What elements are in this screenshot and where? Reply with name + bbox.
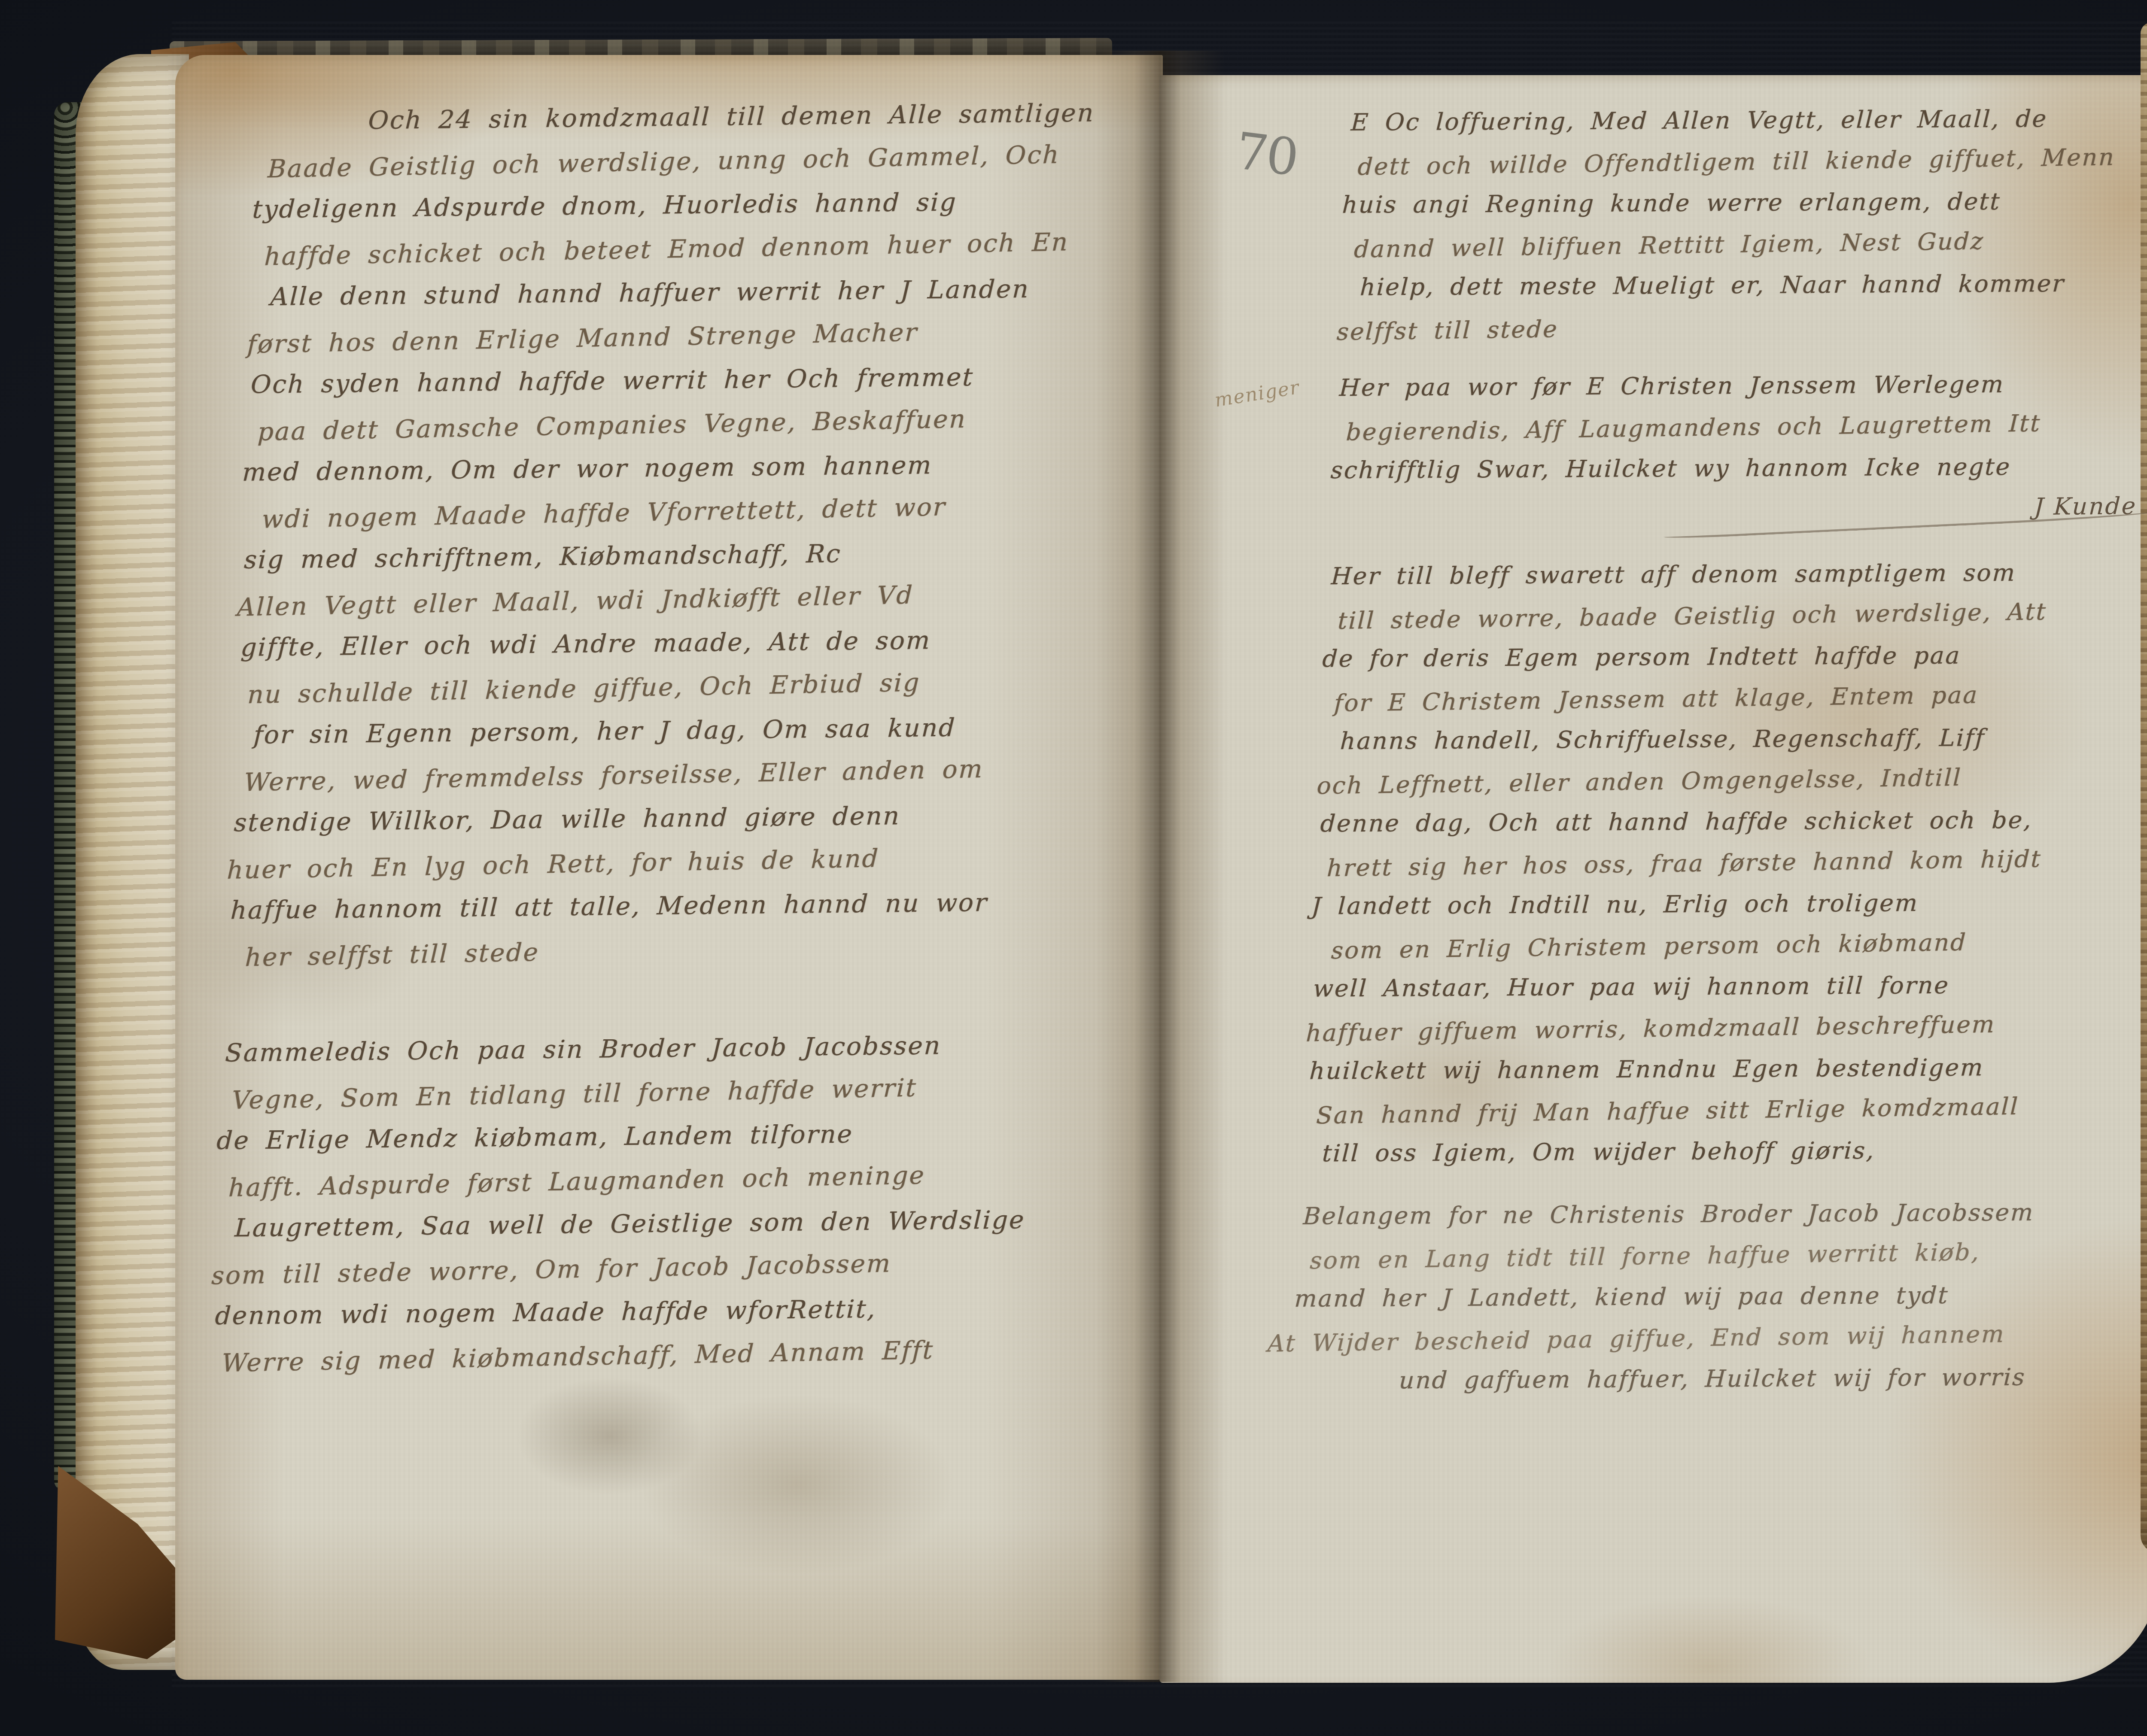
manuscript-line: till oss Igiem, Om wijder behoff giøris, (1321, 1128, 2147, 1174)
manuscript-line: till stede worre, baade Geistlig och wer… (1337, 589, 2147, 641)
photo-background: 70 meniger Och 24 sin komdzmaall till de… (0, 0, 2147, 1736)
manuscript-line: well Anstaar, Huor paa wij hannom till f… (1312, 963, 2147, 1009)
manuscript-line: for E Christem Jenssem att klage, Entem … (1333, 671, 2147, 724)
right-paragraph-3: Her till bleff swarett aff denom samptli… (1305, 549, 2147, 1175)
right-paragraph-4: Belangem for ne Christenis Broder Jacob … (1295, 1190, 2147, 1403)
right-paragraph-2-closing: J Kunde (1333, 485, 2147, 533)
manuscript-line: J landett och Indtill nu, Erlig och trol… (1311, 881, 2147, 927)
manuscript-line: Her till bleff swarett aff denom samptli… (1330, 551, 2147, 597)
manuscript-line: och Leffnett, eller anden Omgengelsse, I… (1316, 754, 2147, 806)
manuscript-line: selffst till stede (1336, 300, 2147, 352)
manuscript-line: haffuer giffuem worris, komdzmaall besch… (1305, 1001, 2147, 1053)
page-number: 70 (1233, 124, 1300, 185)
manuscript-line: dannd well bliffuen Rettitt Igiem, Nest … (1353, 217, 2147, 270)
manuscript-line: hielp, dett meste Mueligt er, Naar hannd… (1359, 262, 2147, 307)
manuscript-line: huilckett wij hannem Enndnu Egen bestend… (1308, 1046, 2147, 1092)
right-paragraph-2: Her paa wor før E Christen Jenssem Werle… (1335, 361, 2147, 492)
right-page-text: E Oc loffuering, Med Allen Vegtt, eller … (1295, 96, 2147, 1403)
manuscript-line: schrifftlig Swar, Huilcket wy hannom Ick… (1330, 445, 2147, 491)
left-paragraph-1: Och 24 sin komdzmaall till demen Alle sa… (228, 88, 1172, 977)
manuscript-line: dett och willde Offendtligem till kiende… (1357, 135, 2147, 187)
manuscript-line: hrett sig her hos oss, fraa første hannd… (1326, 836, 2147, 889)
manuscript-line: som en Lang tidt till forne haffue werri… (1309, 1229, 2147, 1281)
manuscript-line: E Oc loffuering, Med Allen Vegtt, eller … (1350, 97, 2147, 143)
manuscript-line: mand her J Landett, kiend wij paa denne … (1293, 1273, 2147, 1319)
left-page-edge-stack (76, 54, 189, 1670)
manuscript-line: hanns handell, Schriffuelsse, Regenschaf… (1339, 716, 2147, 762)
manuscript-line: Belangem for ne Christenis Broder Jacob … (1302, 1191, 2147, 1237)
left-page-text: Och 24 sin komdzmaall till demen Alle sa… (213, 88, 1172, 1383)
manuscript-line: de for deris Egem persom Indtett haffde … (1321, 634, 2147, 680)
manuscript-line: San hannd frij Man haffue sitt Erlige ko… (1315, 1083, 2147, 1136)
manuscript-line: som en Erlig Christem persom och kiøbman… (1330, 919, 2147, 971)
right-paragraph-1: E Oc loffuering, Med Allen Vegtt, eller … (1341, 96, 2147, 351)
manuscript-line: denne dag, Och att hannd haffde schicket… (1320, 798, 2147, 844)
manuscript-line: huis angi Regning kunde werre erlangem, … (1341, 179, 2147, 225)
manuscript-line: und gaffuem haffuer, Huilcket wij for wo… (1398, 1356, 2147, 1401)
manuscript-line: Her paa wor før E Christen Jenssem Werle… (1338, 362, 2147, 408)
manuscript-line: begierendis, Aff Laugmandens och Laugret… (1345, 401, 2147, 453)
left-paragraph-2: Sammeledis Och paa sin Broder Jacob Jaco… (213, 1020, 1136, 1383)
